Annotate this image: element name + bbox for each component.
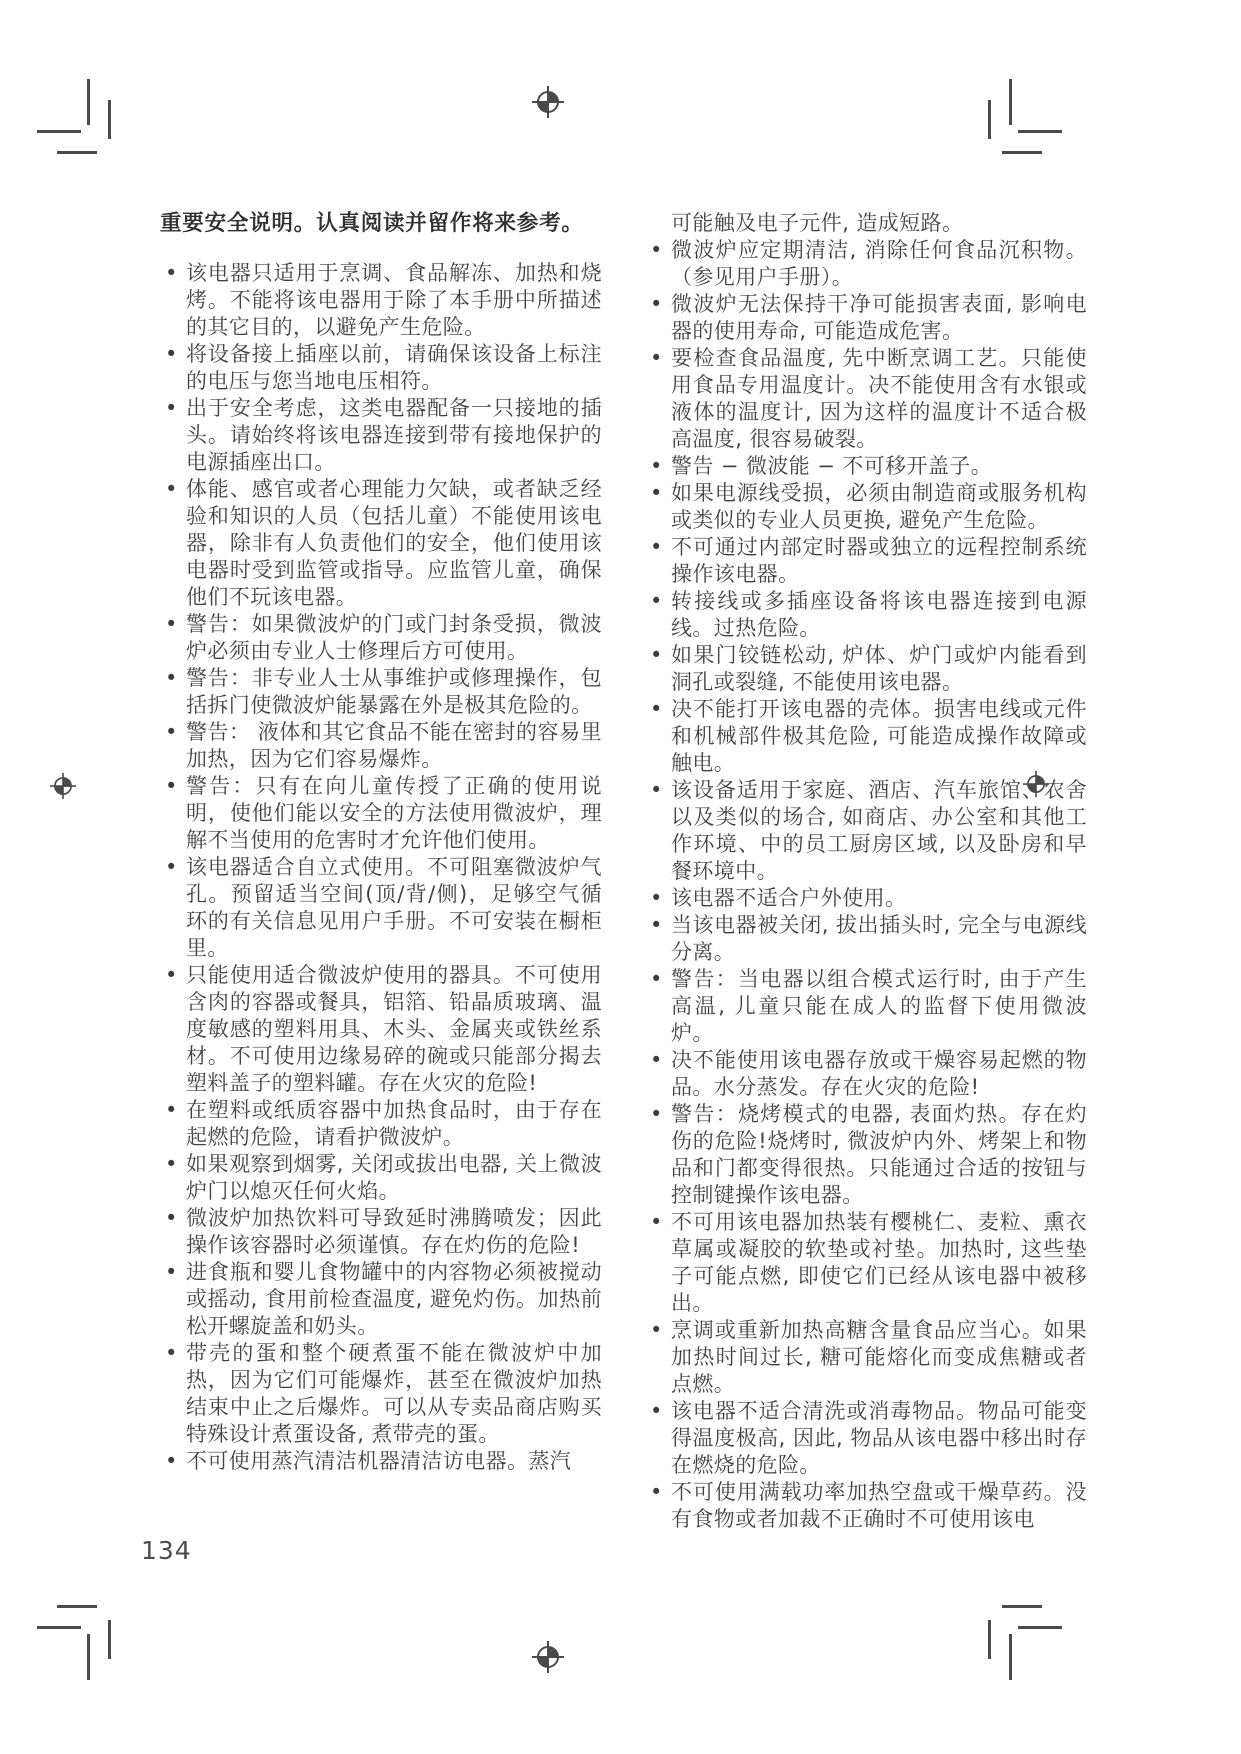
safety-item: 要检查食品温度, 先中断烹调工艺。只能使用食品专用温度计。决不能使用含有水银或液…	[645, 345, 1087, 453]
safety-item: 警告 − 微波能 − 不可移开盖子。	[645, 453, 1087, 480]
crop-mark-line	[1018, 130, 1062, 133]
safety-item: 转接线或多插座设备将该电器连接到电源线。过热危险。	[645, 588, 1087, 642]
safety-item: 该电器不适合清洗或消毒物品。物品可能变得温度极高, 因此, 物品从该电器中移出时…	[645, 1398, 1087, 1479]
crop-mark-line	[57, 1605, 97, 1608]
safety-item: 当该电器被关闭, 拔出插头时, 完全与电源线分离。	[645, 912, 1087, 966]
manual-page: 重要安全说明。认真阅读并留作将来参考。 该电器只适用于烹调、食品解冻、加热和烧烤…	[0, 0, 1241, 1754]
safety-item: 微波炉无法保持干净可能损害表面, 影响电器的使用寿命, 可能造成危害。	[645, 291, 1087, 345]
crop-mark-line	[988, 1620, 991, 1659]
safety-item: 警告：如果微波炉的门或门封条受损，微波炉必须由专业人士修理后方可使用。	[160, 611, 602, 665]
registration-mark-top-center	[532, 86, 564, 122]
crop-mark-line	[1002, 1605, 1042, 1608]
safety-item: 进食瓶和婴儿食物罐中的内容物必须被搅动或摇动, 食用前检查温度, 避免灼伤。加热…	[160, 1259, 602, 1340]
safety-item: 微波炉应定期清洁, 消除任何食品沉积物。（参见用户手册）。	[645, 237, 1087, 291]
safety-item: 将设备接上插座以前，请确保该设备上标注的电压与您当地电压相符。	[160, 341, 602, 395]
safety-item: 不可通过内部定时器或独立的远程控制系统操作该电器。	[645, 534, 1087, 588]
safety-item: 警告： 液体和其它食品不能在密封的容易里加热，因为它们容易爆炸。	[160, 719, 602, 773]
crop-mark-line	[57, 151, 97, 154]
safety-item: 如果电源线受损，必须由制造商或服务机构或类似的专业人员更换, 避免产生危险。	[645, 480, 1087, 534]
safety-item: 该设备适用于家庭、酒店、汽车旅馆、农舍以及类似的场合, 如商店、办公室和其他工作…	[645, 777, 1087, 885]
safety-item: 决不能使用该电器存放或干燥容易起燃的物品。水分蒸发。存在火灾的危险!	[645, 1047, 1087, 1101]
right-column: 可能触及电子元件, 造成短路。 微波炉应定期清洁, 消除任何食品沉积物。（参见用…	[645, 210, 1087, 1533]
safety-item: 不可使用满载功率加热空盘或干燥草药。没有食物或者加裁不正确时不可使用该电	[645, 1479, 1087, 1533]
safety-list-right: 可能触及电子元件, 造成短路。 微波炉应定期清洁, 消除任何食品沉积物。（参见用…	[645, 210, 1087, 1533]
safety-list-left: 该电器只适用于烹调、食品解冻、加热和烧烤。不能将该电器用于除了本手册中所描述的其…	[160, 260, 602, 1475]
safety-item-continuation: 可能触及电子元件, 造成短路。	[645, 210, 1087, 237]
crop-mark-line	[87, 1634, 90, 1680]
page-number: 134	[141, 1536, 192, 1565]
registration-mark-bottom-center	[532, 1641, 564, 1677]
safety-item: 如果观察到烟雾, 关闭或拔出电器, 关上微波炉门以熄灭任何火焰。	[160, 1151, 602, 1205]
safety-item: 不可用该电器加热装有樱桃仁、麦粒、熏衣草属或凝胶的软垫或衬垫。加热时, 这些垫子…	[645, 1209, 1087, 1317]
crop-mark-line	[108, 100, 111, 139]
crop-mark-line	[988, 100, 991, 139]
safety-item: 不可使用蒸汽清洁机器清洁访电器。蒸汽	[160, 1448, 602, 1475]
crop-mark-line	[37, 130, 81, 133]
crop-mark-line	[1009, 1634, 1012, 1680]
safety-item: 微波炉加热饮料可导致延时沸腾喷发；因此操作该容器时必须谨慎。存在灼伤的危险!	[160, 1205, 602, 1259]
safety-item: 警告：只有在向儿童传授了正确的使用说明，使他们能以安全的方法使用微波炉，理解不当…	[160, 773, 602, 854]
safety-item: 如果门铰链松动, 炉体、炉门或炉内能看到洞孔或裂缝, 不能使用该电器。	[645, 642, 1087, 696]
safety-item: 警告：非专业人士从事维护或修理操作，包括拆门使微波炉能暴露在外是极其危险的。	[160, 665, 602, 719]
crop-mark-line	[37, 1626, 81, 1629]
safety-item: 该电器适合自立式使用。不可阻塞微波炉气孔。预留适当空间(顶/背/侧)，足够空气循…	[160, 854, 602, 962]
registration-target-icon	[50, 773, 76, 799]
safety-item: 出于安全考虑，这类电器配备一只接地的插头。请始终将该电器连接到带有接地保护的电源…	[160, 395, 602, 476]
safety-item: 只能使用适合微波炉使用的器具。不可使用含肉的容器或餐具，铝箔、铅晶质玻璃、温度敏…	[160, 962, 602, 1097]
crop-mark-line	[1009, 79, 1012, 125]
registration-target-icon	[532, 1641, 564, 1673]
safety-item: 烹调或重新加热高糖含量食品应当心。如果加热时间过长, 糖可能熔化而变成焦糖或者点…	[645, 1317, 1087, 1398]
safety-item: 警告：烧烤模式的电器, 表面灼热。存在灼伤的危险!烧烤时, 微波炉内外、烤架上和…	[645, 1101, 1087, 1209]
safety-item: 该电器只适用于烹调、食品解冻、加热和烧烤。不能将该电器用于除了本手册中所描述的其…	[160, 260, 602, 341]
safety-item: 警告：当电器以组合模式运行时, 由于产生高温, 儿童只能在成人的监督下使用微波炉…	[645, 966, 1087, 1047]
crop-mark-line	[1018, 1626, 1062, 1629]
safety-item: 决不能打开该电器的壳体。损害电线或元件和机械部件极其危险, 可能造成操作故障或触…	[645, 696, 1087, 777]
page-title: 重要安全说明。认真阅读并留作将来参考。	[160, 210, 602, 237]
registration-mark-left-middle	[50, 773, 76, 803]
registration-target-icon	[532, 86, 564, 118]
safety-item: 在塑料或纸质容器中加热食品时，由于存在起燃的危险，请看护微波炉。	[160, 1097, 602, 1151]
crop-mark-line	[108, 1620, 111, 1659]
crop-mark-line	[87, 79, 90, 125]
safety-item: 带壳的蛋和整个硬煮蛋不能在微波炉中加热，因为它们可能爆炸，甚至在微波炉加热结束中…	[160, 1340, 602, 1448]
left-column: 重要安全说明。认真阅读并留作将来参考。 该电器只适用于烹调、食品解冻、加热和烧烤…	[160, 210, 602, 1475]
safety-item: 该电器不适合户外使用。	[645, 885, 1087, 912]
crop-mark-line	[1002, 151, 1042, 154]
safety-item: 体能、感官或者心理能力欠缺，或者缺乏经验和知识的人员（包括儿童）不能使用该电器，…	[160, 476, 602, 611]
